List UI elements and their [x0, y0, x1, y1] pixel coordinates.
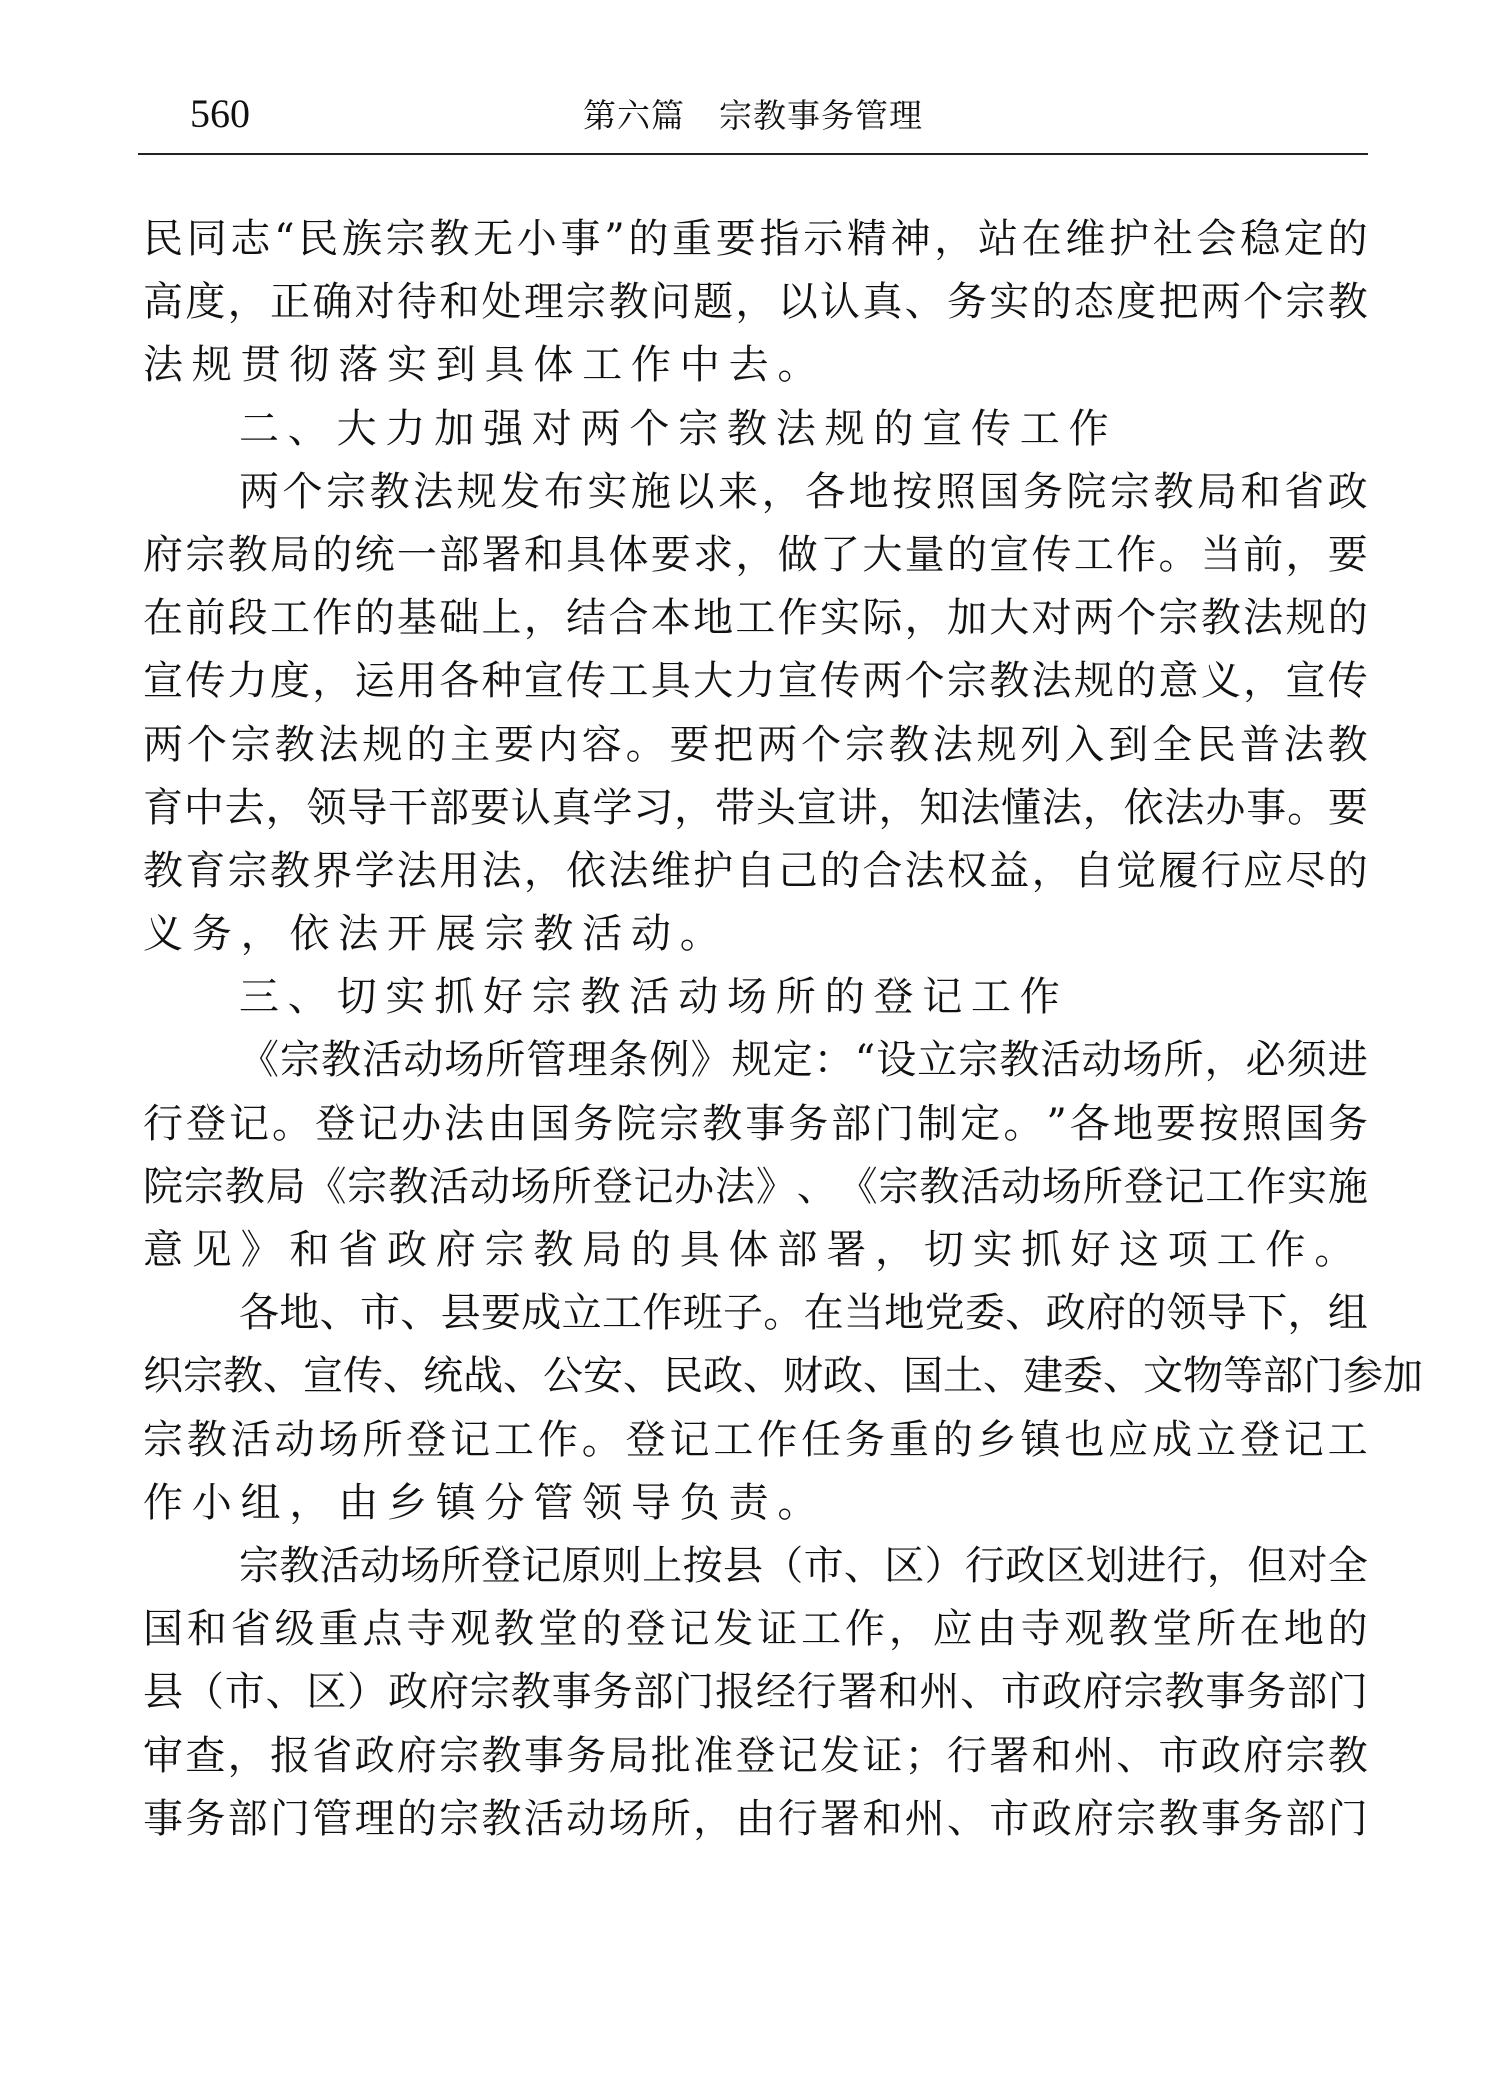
text-line: 县（市、区）政府宗教事务部门报经行署和州、市政府宗教事务部门 — [143, 1661, 1368, 1724]
page-number: 560 — [190, 92, 250, 136]
text-line: 国和省级重点寺观教堂的登记发证工作，应由寺观教堂所在地的 — [143, 1598, 1368, 1661]
text-line: 各地、市、县要成立工作班子。在当地党委、政府的领导下，组 — [143, 1282, 1368, 1345]
text-line: 宣传力度，运用各种宣传工具大力宣传两个宗教法规的意义，宣传 — [143, 650, 1368, 713]
text-line: 宗教活动场所登记工作。登记工作任务重的乡镇也应成立登记工 — [143, 1409, 1368, 1472]
text-line: 教育宗教界学法用法，依法维护自己的合法权益，自觉履行应尽的 — [143, 840, 1368, 903]
header-rule-divider — [138, 153, 1368, 155]
text-line: 两个宗教法规的主要内容。要把两个宗教法规列入到全民普法教 — [143, 714, 1368, 777]
text-line: 高度，正确对待和处理宗教问题，以认真、务实的态度把两个宗教 — [143, 271, 1368, 334]
text-line: 审查，报省政府宗教事务局批准登记发证；行署和州、市政府宗教 — [143, 1725, 1368, 1788]
section-heading: 三、切实抓好宗教活动场所的登记工作 — [143, 966, 1368, 1029]
running-head-title: 第六篇 宗教事务管理 — [583, 96, 923, 136]
section-heading: 二、大力加强对两个宗教法规的宣传工作 — [143, 398, 1368, 461]
text-line: 义务，依法开展宗教活动。 — [143, 903, 1368, 966]
text-line: 意见》和省政府宗教局的具体部署，切实抓好这项工作。 — [143, 1219, 1368, 1282]
body-text: 民同志“民族宗教无小事”的重要指示精神，站在维护社会稳定的 高度，正确对待和处理… — [143, 208, 1368, 1851]
text-line: 作小组，由乡镇分管领导负责。 — [143, 1472, 1368, 1535]
text-line: 事务部门管理的宗教活动场所，由行署和州、市政府宗教事务部门 — [143, 1788, 1368, 1851]
text-line: 法规贯彻落实到具体工作中去。 — [143, 334, 1368, 397]
text-line: 宗教活动场所登记原则上按县（市、区）行政区划进行，但对全 — [143, 1535, 1368, 1598]
text-line: 在前段工作的基础上，结合本地工作实际，加大对两个宗教法规的 — [143, 587, 1368, 650]
text-line: 《宗教活动场所管理条例》规定：“设立宗教活动场所，必须进 — [143, 1029, 1368, 1092]
text-line: 民同志“民族宗教无小事”的重要指示精神，站在维护社会稳定的 — [143, 208, 1368, 271]
text-line: 行登记。登记办法由国务院宗教事务部门制定。”各地要按照国务 — [143, 1093, 1368, 1156]
text-line: 两个宗教法规发布实施以来，各地按照国务院宗教局和省政 — [143, 461, 1368, 524]
text-line: 府宗教局的统一部署和具体要求，做了大量的宣传工作。当前，要 — [143, 524, 1368, 587]
text-line: 育中去，领导干部要认真学习，带头宣讲，知法懂法，依法办事。要 — [143, 777, 1368, 840]
text-line: 院宗教局《宗教活动场所登记办法》、《宗教活动场所登记工作实施 — [143, 1156, 1368, 1219]
text-line: 织宗教、宣传、统战、公安、民政、财政、国土、建委、文物等部门参加 — [143, 1345, 1368, 1408]
